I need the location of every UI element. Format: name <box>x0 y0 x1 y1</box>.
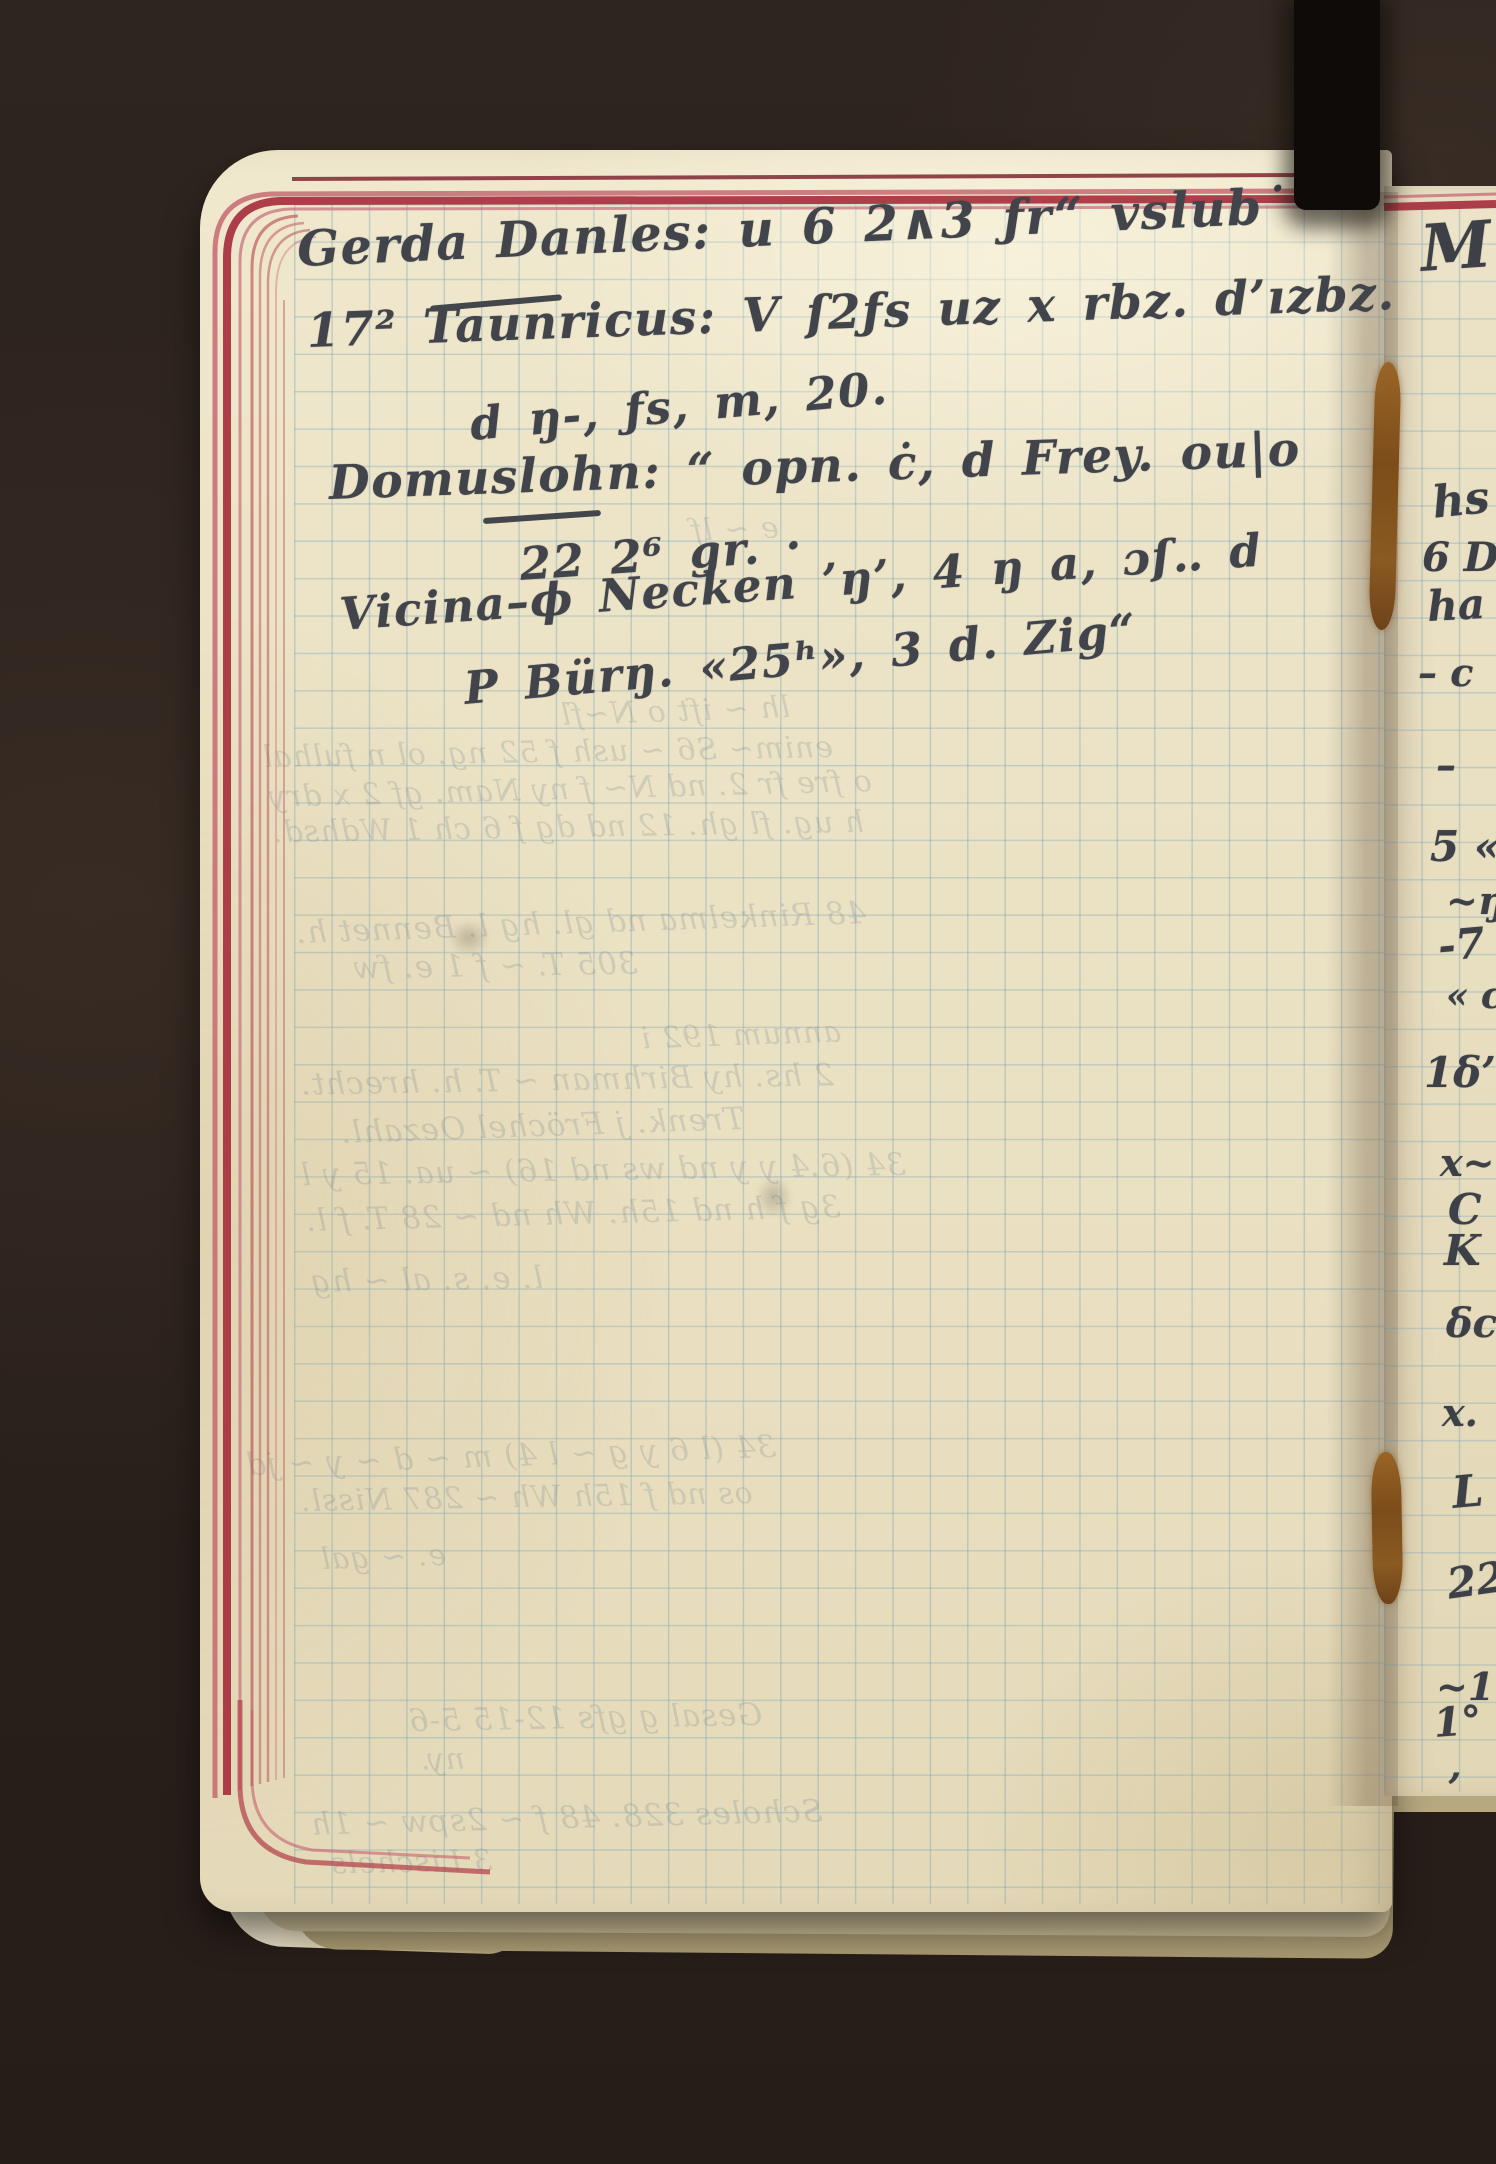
facing-page-fragment: 5 « <box>1430 822 1496 871</box>
smudge-mark <box>448 920 490 956</box>
facing-page-fragment: ~ŋ <box>1446 878 1496 923</box>
bleed-through-line: e. ~ gal <box>319 1538 446 1577</box>
facing-page-fragment: ha <box>1426 579 1486 631</box>
bleed-through-line: 305 T. ~ f 1 e. fw <box>352 946 638 987</box>
facing-page-fragment: ‚ <box>1448 1742 1462 1789</box>
rust-stain-lower <box>1371 1452 1404 1605</box>
facing-page-fragment: hs <box>1430 472 1492 529</box>
facing-page-fragment: 1δ’ <box>1424 1048 1496 1097</box>
bleed-through-line: ny. <box>420 1742 465 1778</box>
facing-page-fragment: x. <box>1442 1390 1478 1435</box>
facing-page-fragment: 6 D <box>1422 534 1496 581</box>
facing-page-fragment: – <box>1436 742 1456 789</box>
facing-page-fragment: δc <box>1446 1300 1496 1347</box>
smudge-mark <box>756 1176 792 1218</box>
facing-page-fragment: M <box>1418 207 1494 287</box>
facing-page-fragment: 1° <box>1432 1697 1483 1747</box>
facing-page-fragment: – c <box>1418 650 1473 695</box>
facing-page-fragment: K <box>1444 1226 1481 1275</box>
bleed-through-line: l. e. s. al ~ hg <box>310 1260 544 1300</box>
bleed-through-line: annum 192 i <box>639 1014 841 1056</box>
facing-page-fragment: 22 <box>1444 1552 1496 1609</box>
bleed-through-line: 3 Lischels <box>330 1844 493 1882</box>
spine-gap-shadow <box>1294 0 1380 210</box>
facing-page-fragment: x~ <box>1440 1140 1495 1185</box>
facing-page-fragment: « c <box>1446 975 1496 1017</box>
facing-page-fragment: L <box>1450 1465 1485 1519</box>
bleed-through-line: Gesal g gfs 12-15 5-6 <box>408 1697 763 1739</box>
notebook-photo: Gerda Danles: u 6 2∧3 ƒr“ vslub˙ 17² Tau… <box>0 0 1496 2164</box>
facing-page-fragment: -7 <box>1436 918 1487 971</box>
